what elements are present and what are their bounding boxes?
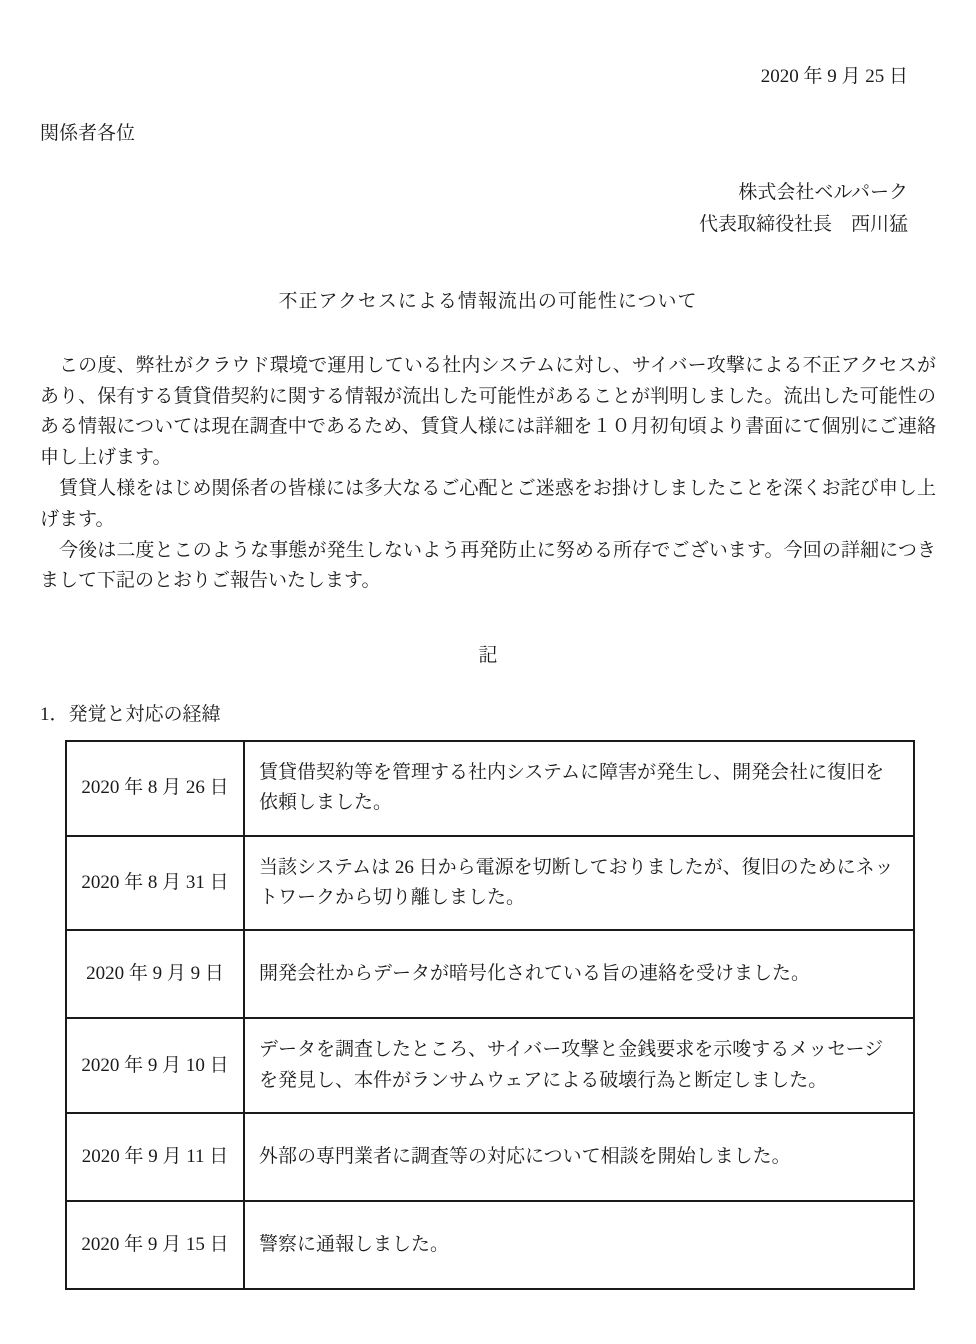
timeline-description: 開発会社からデータが暗号化されている旨の連絡を受けました。 — [244, 930, 914, 1018]
signer-name: 代表取締役社長 西川猛 — [40, 209, 908, 241]
company-name: 株式会社ベルパーク — [40, 177, 908, 209]
timeline-date: 2020 年 9 月 9 日 — [66, 930, 244, 1018]
table-row: 2020 年 9 月 11 日 外部の専門業者に調査等の対応について相談を開始し… — [66, 1113, 914, 1201]
signature-block: 株式会社ベルパーク 代表取締役社長 西川猛 — [40, 177, 936, 242]
table-row: 2020 年 8 月 26 日 賃貸借契約等を管理する社内システムに障害が発生し… — [66, 741, 914, 836]
paragraph-2: 賃貸人様をはじめ関係者の皆様には多大なるご心配とご迷惑をお掛けしましたことを深く… — [40, 474, 936, 536]
timeline-date: 2020 年 8 月 26 日 — [66, 741, 244, 836]
timeline-date: 2020 年 9 月 11 日 — [66, 1113, 244, 1201]
document-date: 2020 年 9 月 25 日 — [40, 62, 936, 91]
paragraph-1: この度、弊社がクラウド環境で運用している社内システムに対し、サイバー攻撃による不… — [40, 351, 936, 474]
table-row: 2020 年 9 月 10 日 データを調査したところ、サイバー攻撃と金銭要求を… — [66, 1018, 914, 1113]
timeline-description: 当該システムは 26 日から電源を切断しておりましたが、復旧のためにネットワーク… — [244, 836, 914, 931]
timeline-description: 外部の専門業者に調査等の対応について相談を開始しました。 — [244, 1113, 914, 1201]
document-body: この度、弊社がクラウド環境で運用している社内システムに対し、サイバー攻撃による不… — [40, 351, 936, 597]
table-row: 2020 年 9 月 9 日 開発会社からデータが暗号化されている旨の連絡を受け… — [66, 930, 914, 1018]
table-row: 2020 年 9 月 15 日 警察に通報しました。 — [66, 1201, 914, 1289]
recipient-line: 関係者各位 — [40, 119, 936, 148]
timeline-description: 警察に通報しました。 — [244, 1201, 914, 1289]
document-title: 不正アクセスによる情報流出の可能性について — [40, 287, 936, 316]
timeline-date: 2020 年 8 月 31 日 — [66, 836, 244, 931]
timeline-description: 賃貸借契約等を管理する社内システムに障害が発生し、開発会社に復旧を依頼しました。 — [244, 741, 914, 836]
timeline-date: 2020 年 9 月 15 日 — [66, 1201, 244, 1289]
paragraph-3: 今後は二度とこのような事態が発生しないよう再発防止に努める所存でございます。今回… — [40, 536, 936, 598]
table-row: 2020 年 8 月 31 日 当該システムは 26 日から電源を切断しておりま… — [66, 836, 914, 931]
section-heading: 1．発覚と対応の経緯 — [40, 700, 936, 729]
timeline-date: 2020 年 9 月 10 日 — [66, 1018, 244, 1113]
timeline-table: 2020 年 8 月 26 日 賃貸借契約等を管理する社内システムに障害が発生し… — [65, 740, 915, 1290]
note-mark: 記 — [40, 641, 936, 670]
timeline-description: データを調査したところ、サイバー攻撃と金銭要求を示唆するメッセージを発見し、本件… — [244, 1018, 914, 1113]
document-page: 2020 年 9 月 25 日 関係者各位 株式会社ベルパーク 代表取締役社長 … — [0, 0, 976, 1344]
